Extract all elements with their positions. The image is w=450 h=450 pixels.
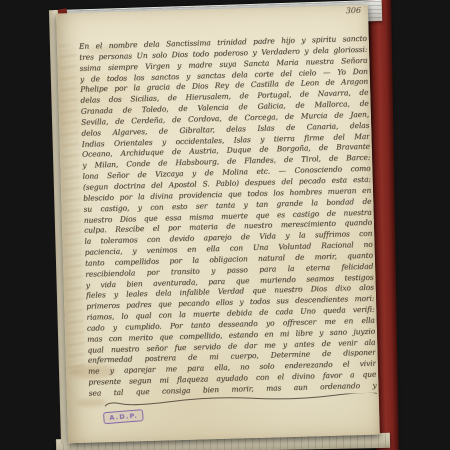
manuscript-page: 306 En el nombre dela Sanctissima trinid… xyxy=(56,5,380,444)
folio-number: 306 xyxy=(346,6,362,15)
manuscript-text: En el nombre dela Sanctissima trinidad p… xyxy=(79,34,377,400)
archive-stamp: A.D.P. xyxy=(103,409,144,424)
photo-background: 306 En el nombre dela Sanctissima trinid… xyxy=(0,0,450,450)
